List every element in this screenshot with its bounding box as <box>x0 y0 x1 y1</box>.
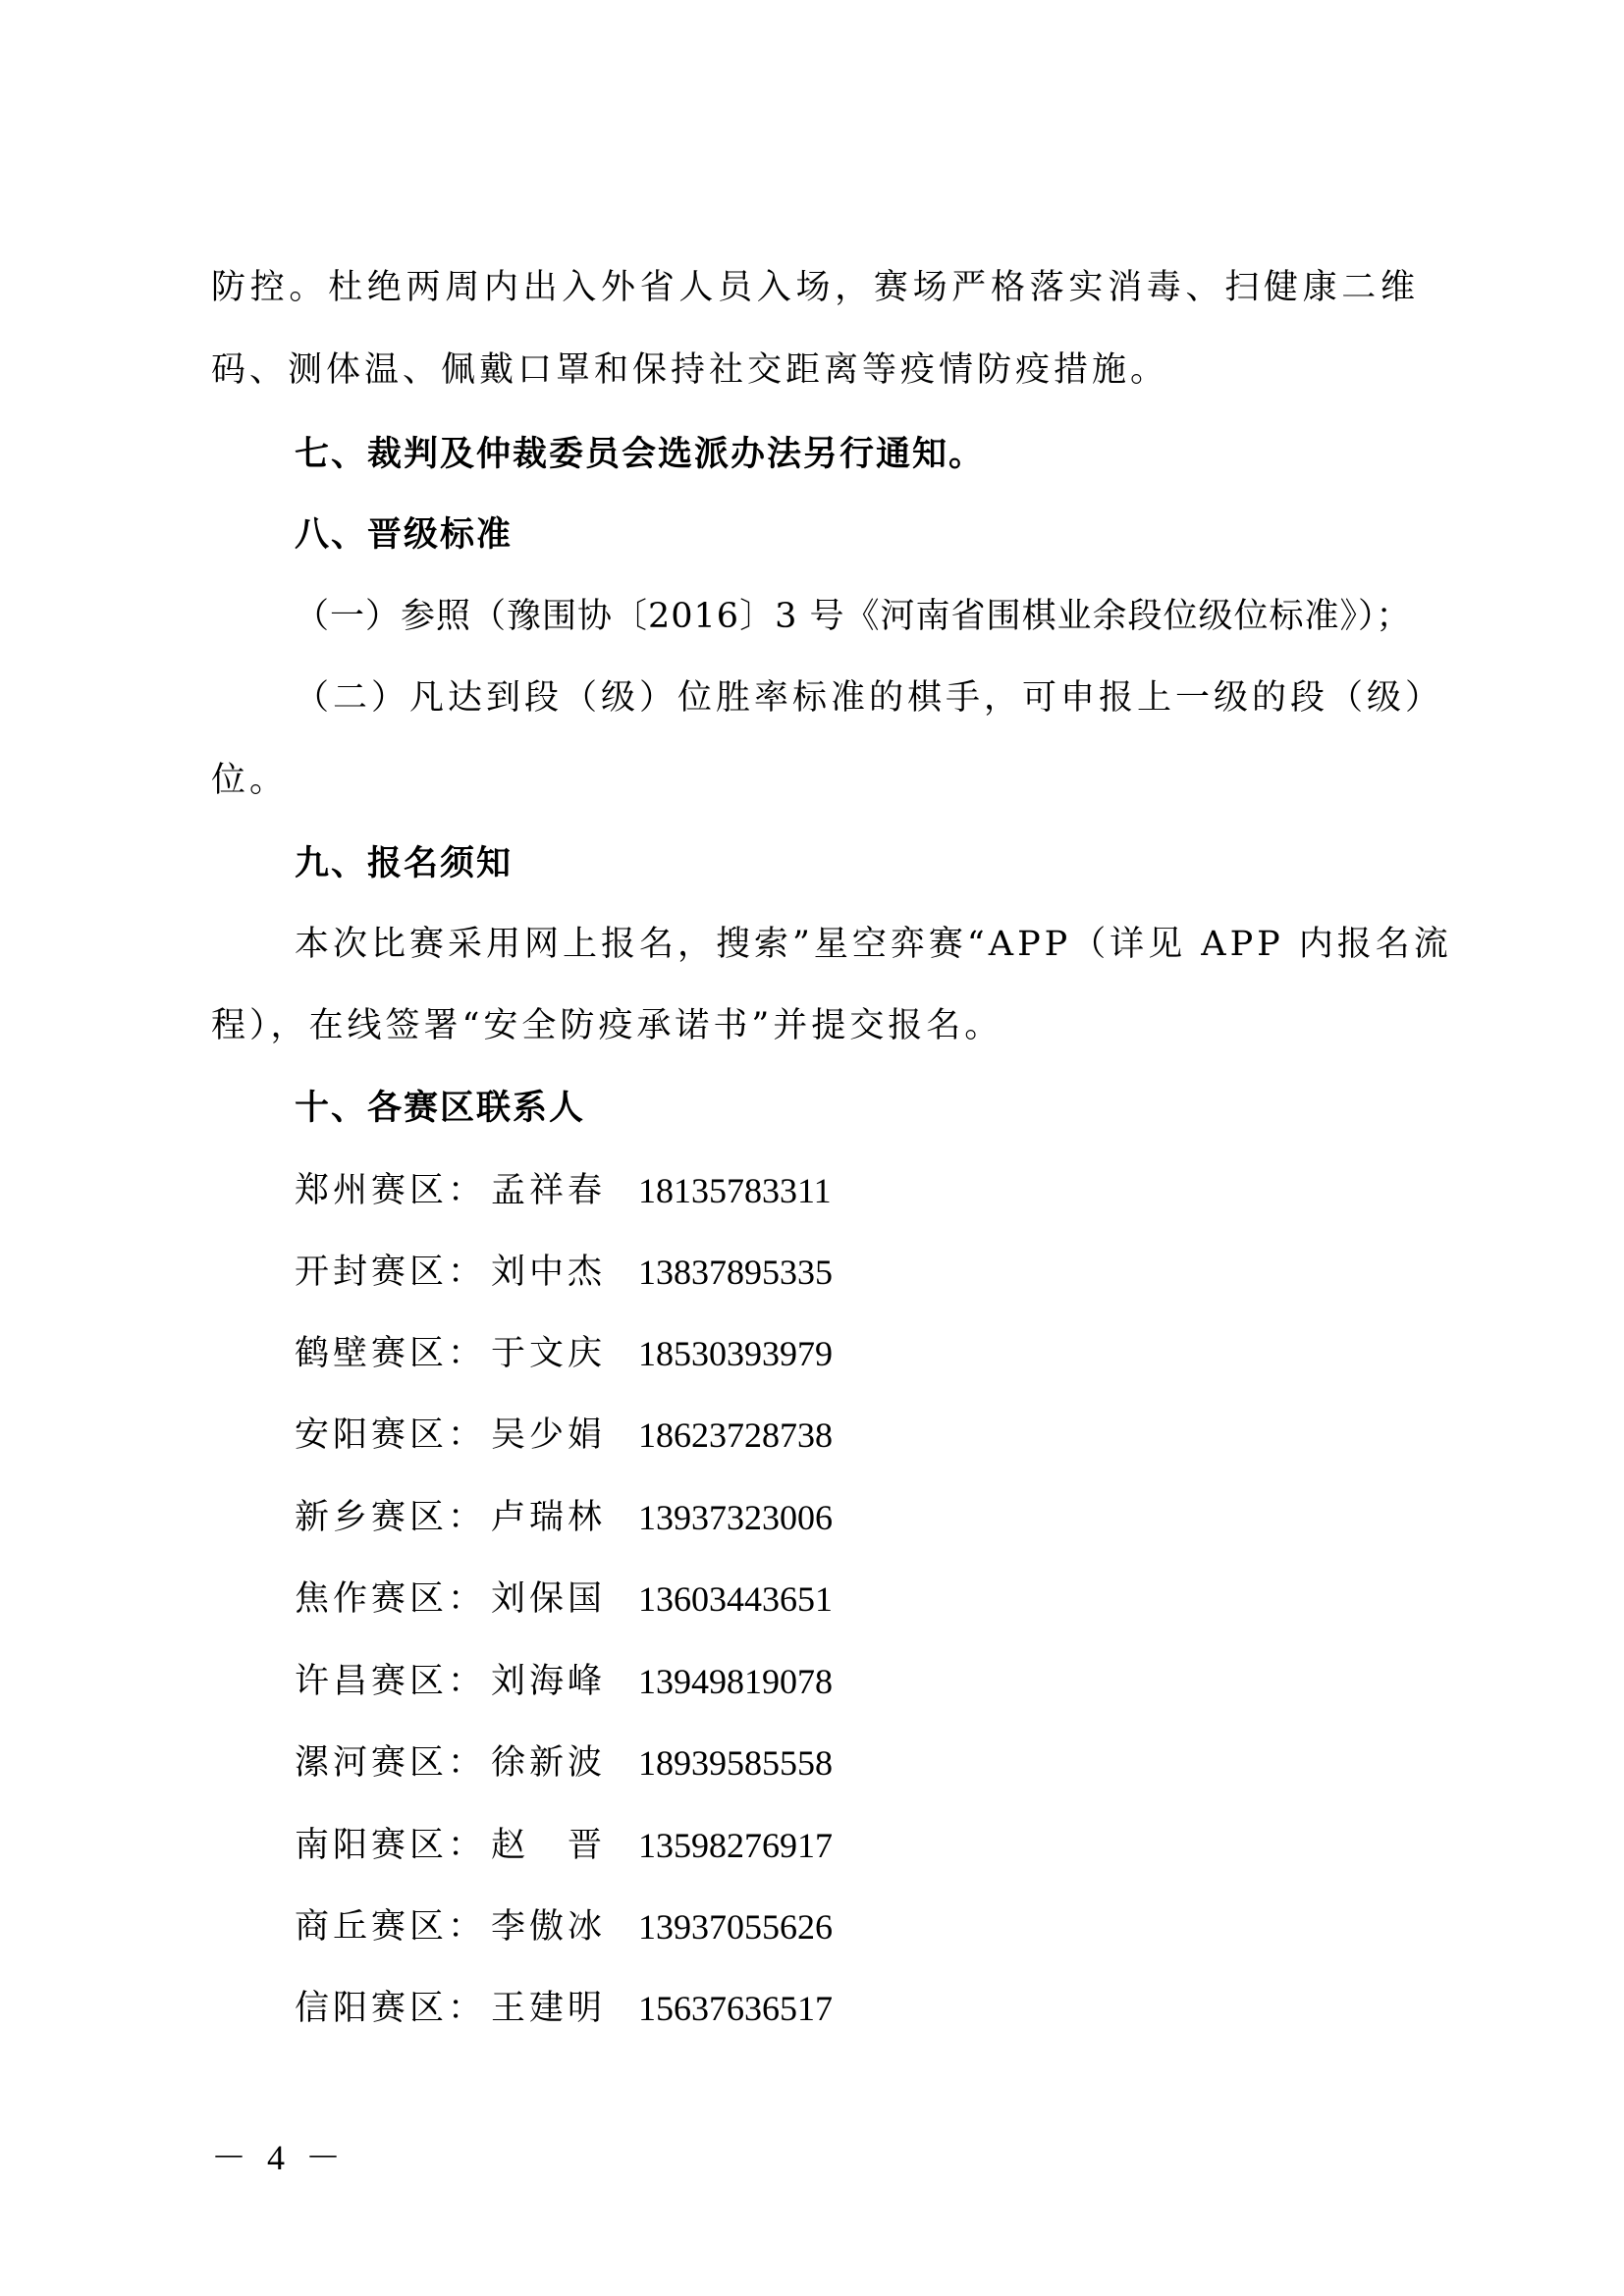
contact-row: 信阳赛区： 王建明 15637636517 <box>295 1984 833 2033</box>
contact-phone: 18623728738 <box>638 1411 833 1460</box>
contact-region: 许昌赛区： <box>295 1657 491 1706</box>
paragraph-continuation-line-1: 防控。杜绝两周内出入外省人员入场，赛场严格落实消毒、扫健康二维 <box>211 263 1419 312</box>
section-10-heading: 十、各赛区联系人 <box>295 1084 1419 1133</box>
contact-row: 南阳赛区： 赵 晋 13598276917 <box>295 1821 833 1870</box>
contact-row: 焦作赛区： 刘保国 13603443651 <box>295 1575 833 1624</box>
contact-row: 鹤壁赛区： 于文庆 18530393979 <box>295 1329 833 1378</box>
contact-region: 焦作赛区： <box>295 1575 491 1624</box>
contact-region: 郑州赛区： <box>295 1166 491 1215</box>
contact-phone: 13598276917 <box>638 1821 833 1870</box>
contact-name: 刘保国 <box>491 1575 638 1624</box>
contact-region: 南阳赛区： <box>295 1821 491 1870</box>
paragraph-continuation-line-2: 码、测体温、佩戴口罩和保持社交距离等疫情防疫措施。 <box>211 346 1419 395</box>
contact-phone: 13937323006 <box>638 1493 833 1542</box>
contact-name: 李傲冰 <box>491 1902 638 1951</box>
contact-name: 赵 晋 <box>491 1821 638 1870</box>
contact-region: 开封赛区： <box>295 1248 491 1297</box>
contact-row: 安阳赛区： 吴少娟 18623728738 <box>295 1411 833 1460</box>
contact-phone: 13937055626 <box>638 1902 833 1951</box>
contact-phone: 18530393979 <box>638 1329 833 1378</box>
contact-name: 卢瑞林 <box>491 1493 638 1542</box>
contact-region: 安阳赛区： <box>295 1411 491 1460</box>
contact-row: 漯河赛区： 徐新波 18939585558 <box>295 1738 833 1788</box>
section-9-paragraph-line-1: 本次比赛采用网上报名，搜索”星空弈赛“APP（详见 APP 内报名流 <box>295 920 1419 969</box>
section-7-heading: 七、裁判及仲裁委员会选派办法另行通知。 <box>295 430 1419 479</box>
contact-row: 许昌赛区： 刘海峰 13949819078 <box>295 1657 833 1706</box>
contact-row: 开封赛区： 刘中杰 13837895335 <box>295 1248 833 1297</box>
contact-row: 新乡赛区： 卢瑞林 13937323006 <box>295 1493 833 1542</box>
contact-row: 商丘赛区： 李傲冰 13937055626 <box>295 1902 833 1951</box>
contact-region: 鹤壁赛区： <box>295 1329 491 1378</box>
contact-name: 于文庆 <box>491 1329 638 1378</box>
contact-region: 商丘赛区： <box>295 1902 491 1951</box>
document-page: 防控。杜绝两周内出入外省人员入场，赛场严格落实消毒、扫健康二维 码、测体温、佩戴… <box>0 0 1624 2296</box>
contact-phone: 18135783311 <box>638 1166 832 1215</box>
contact-phone: 18939585558 <box>638 1738 833 1788</box>
contact-region: 新乡赛区： <box>295 1493 491 1542</box>
contact-phone: 13603443651 <box>638 1575 833 1624</box>
section-9-heading: 九、报名须知 <box>295 839 1419 888</box>
page-number: － 4 － <box>211 2138 347 2177</box>
contact-phone: 15637636517 <box>638 1984 833 2033</box>
contact-name: 吴少娟 <box>491 1411 638 1460</box>
contact-region: 漯河赛区： <box>295 1738 491 1788</box>
section-8-item-2-line-2: 位。 <box>211 756 1419 805</box>
contact-name: 刘海峰 <box>491 1657 638 1706</box>
contact-name: 刘中杰 <box>491 1248 638 1297</box>
contact-name: 徐新波 <box>491 1738 638 1788</box>
section-9-paragraph-line-2: 程），在线签署“安全防疫承诺书”并提交报名。 <box>211 1001 1419 1050</box>
section-8-heading: 八、晋级标准 <box>295 510 1419 560</box>
contact-row: 郑州赛区： 孟祥春 18135783311 <box>295 1166 832 1215</box>
section-8-item-2-line-1: （二）凡达到段（级）位胜率标准的棋手，可申报上一级的段（级） <box>295 673 1419 722</box>
contact-name: 孟祥春 <box>491 1166 638 1215</box>
section-8-item-1: （一）参照（豫围协〔2016〕3 号《河南省围棋业余段位级位标准》）； <box>295 592 1419 641</box>
contact-name: 王建明 <box>491 1984 638 2033</box>
contact-region: 信阳赛区： <box>295 1984 491 2033</box>
contact-phone: 13949819078 <box>638 1657 833 1706</box>
contact-phone: 13837895335 <box>638 1248 833 1297</box>
